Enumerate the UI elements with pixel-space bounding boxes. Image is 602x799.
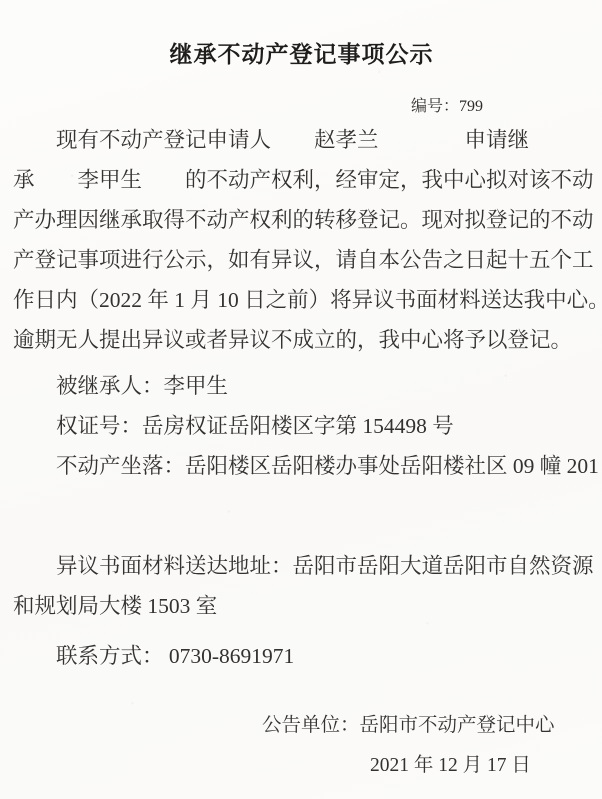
- doc-number: 编号：799: [13, 97, 590, 117]
- decedent-line: 被继承人：李甲生: [13, 366, 590, 406]
- body-line: 现有不动产登记申请人 赵孝兰 申请继: [13, 120, 590, 160]
- property-details-block: 被继承人：李甲生 权证号：岳房权证岳阳楼区字第 154498 号 不动产坐落：岳…: [13, 366, 590, 486]
- page-title: 继承不动产登记事项公示: [13, 0, 590, 70]
- signature-block: 公告单位：岳阳市不动产登记中心 2021 年 12 月 17 日: [13, 706, 590, 786]
- body-line: 产登记事项进行公示，如有异议，请自本公告之日起十五个工: [13, 240, 590, 280]
- contact-line: 联系方式： 0730-8691971: [13, 636, 590, 676]
- notice-body-paragraph: 现有不动产登记申请人 赵孝兰 申请继 承 李甲生 的不动产权利，经审定，我中心拟…: [13, 120, 590, 360]
- objection-address-line: 和规划局大楼 1503 室: [13, 586, 590, 626]
- certificate-no-line: 权证号：岳房权证岳阳楼区字第 154498 号: [13, 406, 590, 446]
- property-location-line: 不动产坐落：岳阳楼区岳阳楼办事处岳阳楼社区 09 幢 201: [13, 446, 590, 486]
- objection-address-line: 异议书面材料送达地址：岳阳市岳阳大道岳阳市自然资源: [13, 546, 590, 586]
- issuing-unit-line: 公告单位：岳阳市不动产登记中心: [13, 706, 590, 746]
- contact-block: 联系方式： 0730-8691971: [13, 636, 590, 676]
- body-line: 逾期无人提出异议或者异议不成立的，我中心将予以登记。: [13, 320, 590, 360]
- issue-date-line: 2021 年 12 月 17 日: [13, 746, 590, 786]
- notice-document-page: 继承不动产登记事项公示 编号：799 现有不动产登记申请人 赵孝兰 申请继 承 …: [0, 0, 602, 799]
- objection-address-block: 异议书面材料送达地址：岳阳市岳阳大道岳阳市自然资源 和规划局大楼 1503 室: [13, 546, 590, 626]
- body-line: 承 李甲生 的不动产权利，经审定，我中心拟对该不动: [13, 160, 590, 200]
- body-line: 作日内（2022 年 1 月 10 日之前）将异议书面材料送达我中心。: [13, 280, 590, 320]
- body-line: 产办理因继承取得不动产权利的转移登记。现对拟登记的不动: [13, 200, 590, 240]
